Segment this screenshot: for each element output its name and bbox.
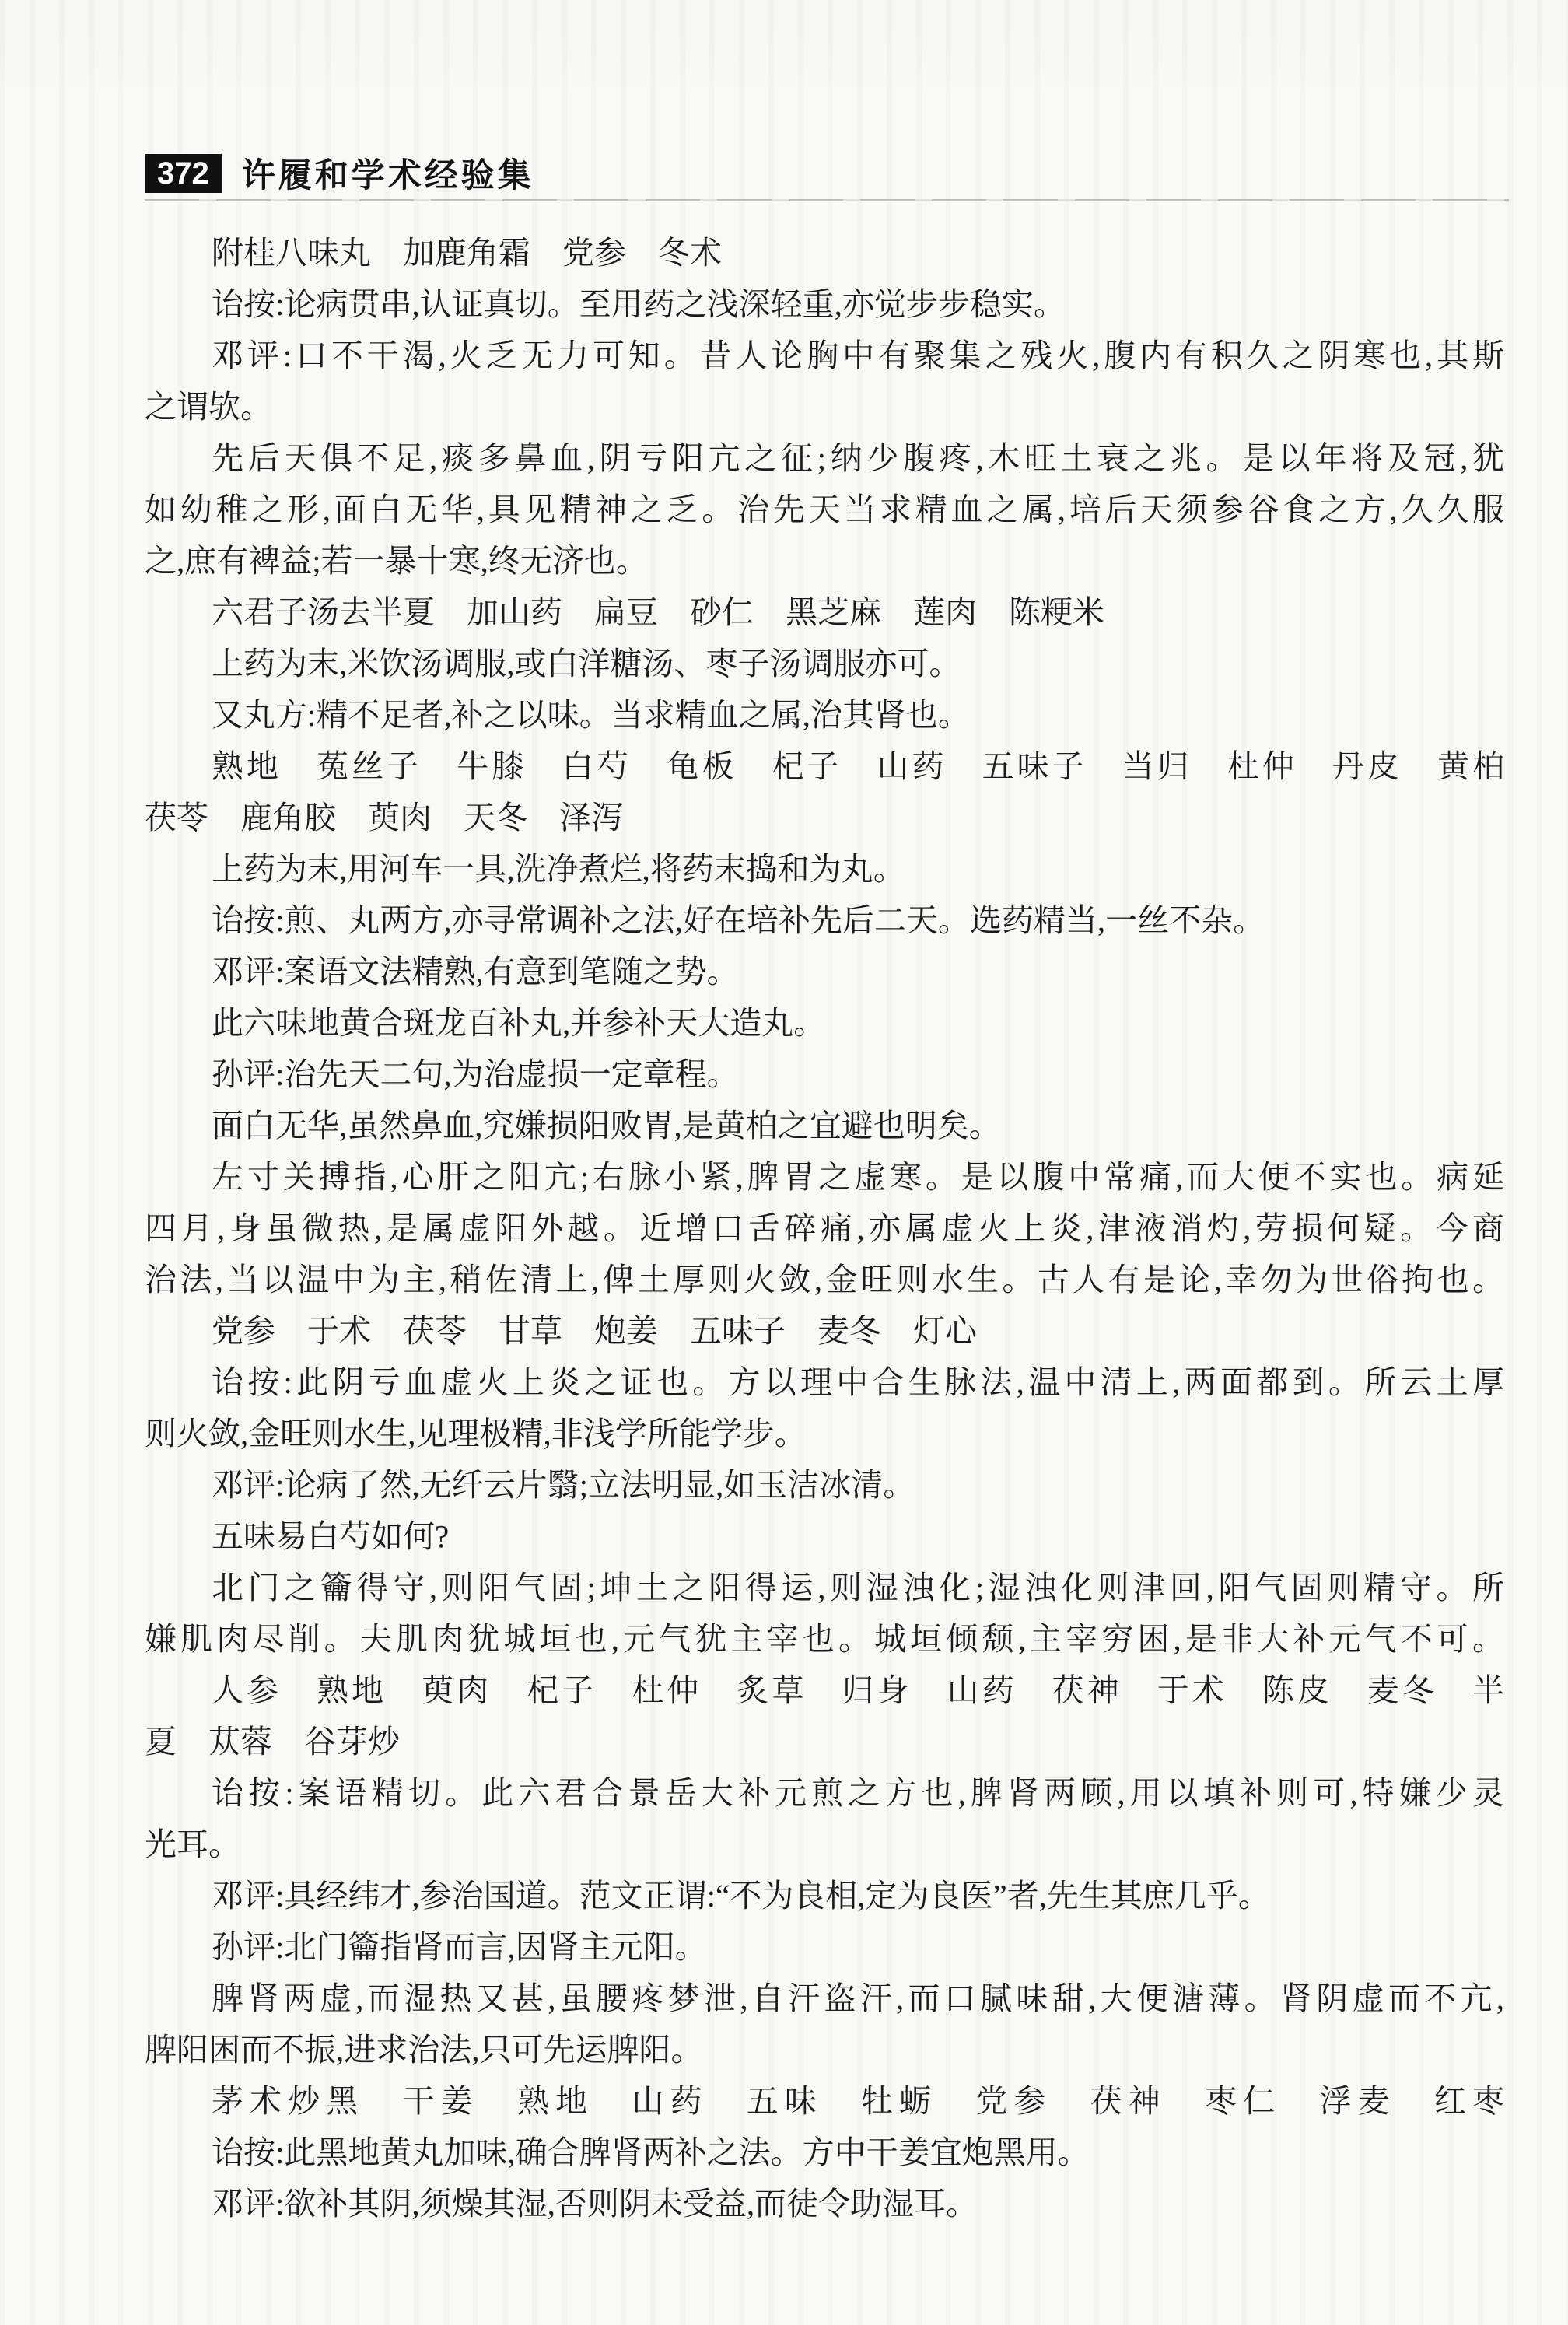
text-line: 嫌肌肉尽削。夫肌肉犹城垣也,元气犹主宰也。城垣倾颓,主宰穷困,是非大补元气不可。	[145, 1613, 1504, 1665]
text-line: 邓评:具经纬才,参治国道。范文正谓:“不为良相,定为良医”者,先生其庶几乎。	[145, 1870, 1504, 1921]
text-line: 诒按:此黑地黄丸加味,确合脾肾两补之法。方中干姜宜炮黑用。	[145, 2127, 1504, 2178]
text-line: 茯苓 鹿角胶 萸肉 天冬 泽泻	[145, 792, 1504, 843]
text-line: 脾阳困而不振,进求治法,只可先运脾阳。	[145, 2024, 1504, 2075]
book-title: 许履和学术经验集	[242, 149, 534, 197]
text-line: 治法,当以温中为主,稍佐清上,俾土厚则火敛,金旺则水生。古人有是论,幸勿为世俗拘…	[145, 1254, 1504, 1305]
text-line: 党参 于术 茯苓 甘草 炮姜 五味子 麦冬 灯心	[145, 1305, 1504, 1357]
text-line: 诒按:论病贯串,认证真切。至用药之浅深轻重,亦觉步步稳实。	[145, 278, 1504, 330]
page-header: 372 许履和学术经验集	[145, 149, 534, 197]
text-line: 诒按:此阴亏血虚火上炎之证也。方以理中合生脉法,温中清上,两面都到。所云土厚	[145, 1357, 1504, 1408]
text-line: 上药为末,用河车一具,洗净煮烂,将药末捣和为丸。	[145, 843, 1504, 895]
text-body: 附桂八味丸 加鹿角霜 党参 冬术诒按:论病贯串,认证真切。至用药之浅深轻重,亦觉…	[145, 227, 1504, 2229]
text-line: 则火敛,金旺则水生,见理极精,非浅学所能学步。	[145, 1408, 1504, 1459]
text-line: 诒按:案语精切。此六君合景岳大补元煎之方也,脾肾两顾,用以填补则可,特嫌少灵	[145, 1767, 1504, 1819]
text-line: 熟地 菟丝子 牛膝 白芍 龟板 杞子 山药 五味子 当归 杜仲 丹皮 黄柏	[145, 741, 1504, 792]
text-line: 又丸方:精不足者,补之以味。当求精血之属,治其肾也。	[145, 689, 1504, 741]
text-line: 光耳。	[145, 1819, 1504, 1870]
text-line: 先后天俱不足,痰多鼻血,阴亏阳亢之征;纳少腹疼,木旺土衰之兆。是以年将及冠,犹	[145, 432, 1504, 484]
text-line: 四月,身虽微热,是属虚阳外越。近增口舌碎痛,亦属虚火上炎,津液消灼,劳损何疑。今…	[145, 1203, 1504, 1254]
text-line: 茅术炒黑 干姜 熟地 山药 五味 牡蛎 党参 茯神 枣仁 浮麦 红枣	[145, 2075, 1504, 2127]
text-line: 六君子汤去半夏 加山药 扁豆 砂仁 黑芝麻 莲肉 陈粳米	[145, 587, 1504, 638]
text-line: 附桂八味丸 加鹿角霜 党参 冬术	[145, 227, 1504, 278]
text-line: 此六味地黄合斑龙百补丸,并参补天大造丸。	[145, 997, 1504, 1049]
text-line: 诒按:煎、丸两方,亦寻常调补之法,好在培补先后二天。选药精当,一丝不杂。	[145, 895, 1504, 946]
text-line: 人参 熟地 萸肉 杞子 杜仲 炙草 归身 山药 茯神 于术 陈皮 麦冬 半	[145, 1665, 1504, 1716]
text-line: 北门之籥得守,则阳气固;坤土之阳得运,则湿浊化;湿浊化则津回,阳气固则精守。所	[145, 1562, 1504, 1613]
text-line: 夏 苁蓉 谷芽炒	[145, 1716, 1504, 1767]
text-line: 上药为末,米饮汤调服,或白洋糖汤、枣子汤调服亦可。	[145, 638, 1504, 689]
page-number-badge: 372	[145, 154, 222, 193]
text-line: 邓评:案语文法精熟,有意到笔随之势。	[145, 946, 1504, 997]
header-rule	[145, 199, 1509, 201]
text-line: 左寸关搏指,心肝之阳亢;右脉小紧,脾胃之虚寒。是以腹中常痛,而大便不实也。病延	[145, 1151, 1504, 1203]
text-line: 邓评:论病了然,无纤云片翳;立法明显,如玉洁冰清。	[145, 1459, 1504, 1511]
text-line: 五味易白芍如何?	[145, 1511, 1504, 1562]
text-line: 孙评:北门籥指肾而言,因肾主元阳。	[145, 1921, 1504, 1973]
text-line: 之谓欤。	[145, 381, 1504, 432]
book-page: 372 许履和学术经验集 附桂八味丸 加鹿角霜 党参 冬术诒按:论病贯串,认证真…	[0, 0, 1568, 2325]
text-line: 邓评:口不干渴,火乏无力可知。昔人论胸中有聚集之残火,腹内有积久之阴寒也,其斯	[145, 330, 1504, 381]
text-line: 之,庶有裨益;若一暴十寒,终无济也。	[145, 535, 1504, 587]
text-line: 孙评:治先天二句,为治虚损一定章程。	[145, 1049, 1504, 1100]
text-line: 如幼稚之形,面白无华,具见精神之乏。治先天当求精血之属,培后天须参谷食之方,久久…	[145, 484, 1504, 535]
text-line: 面白无华,虽然鼻血,究嫌损阳败胃,是黄柏之宜避也明矣。	[145, 1100, 1504, 1151]
text-line: 脾肾两虚,而湿热又甚,虽腰疼梦泄,自汗盗汗,而口腻味甜,大便溏薄。肾阴虚而不亢,	[145, 1973, 1504, 2024]
text-line: 邓评:欲补其阴,须燥其湿,否则阴未受益,而徒令助湿耳。	[145, 2178, 1504, 2229]
